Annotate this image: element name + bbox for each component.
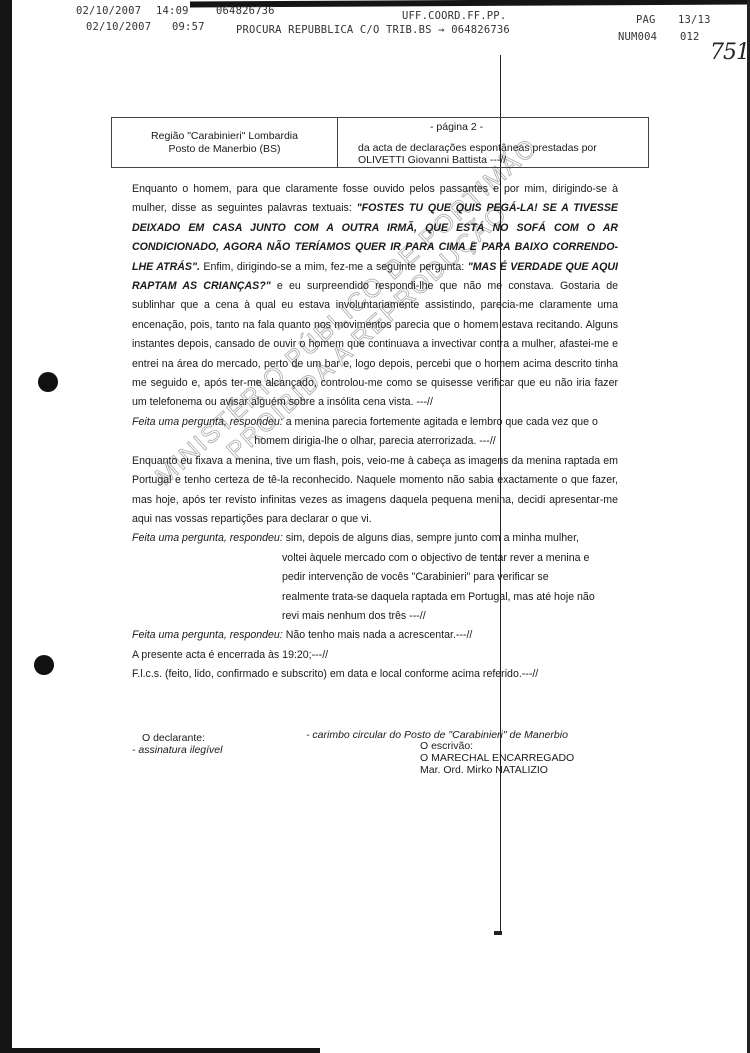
- paragraph-1: Enquanto o homem, para que claramente fo…: [132, 180, 618, 413]
- qa-2: Feita uma pergunta, respondeu: sim, depo…: [132, 529, 618, 548]
- clerk-label: O escrivão:: [420, 740, 574, 752]
- fax-number-1: 064826736: [216, 5, 275, 17]
- document-header-box: Região "Carabinieri" Lombardia Posto de …: [111, 117, 649, 168]
- scan-line-foot: [494, 931, 502, 935]
- fax-route: PROCURA REPUBBLICA C/O TRIB.BS → 0648267…: [236, 24, 510, 36]
- qa-3-label: Feita uma pergunta, respondeu:: [132, 629, 283, 641]
- qa-1-answer-line-1: a menina parecia fortemente agitada e le…: [283, 416, 598, 428]
- scan-edge-bottom: [0, 1048, 320, 1053]
- qa-3-answer: Não tenho mais nada a acrescentar.---//: [283, 629, 473, 641]
- scan-edge-left: [0, 0, 12, 1053]
- fax-page-label: PAG: [636, 14, 656, 26]
- paragraph-1-mid: Enfim, dirigindo-se a mim, fez-me a segu…: [200, 261, 468, 273]
- issuer-post: Posto de Manerbio (BS): [168, 143, 280, 156]
- paragraph-1-tail: e eu surpreendido respondi-lhe que não m…: [132, 280, 618, 408]
- fax-date-2: 02/10/2007: [86, 21, 151, 33]
- qa-2-answer-line-4: realmente trata-se daquela raptada em Po…: [132, 588, 618, 607]
- fax-time-2: 09:57: [172, 21, 205, 33]
- issuer-region: Região "Carabinieri" Lombardia: [151, 130, 298, 143]
- clerk-block: O escrivão: O MARECHAL ENCARREGADO Mar. …: [420, 740, 574, 776]
- punch-hole-bottom: [34, 655, 54, 675]
- declaration-body: Enquanto o homem, para que claramente fo…: [132, 180, 618, 685]
- clerk-title: O MARECHAL ENCARREGADO: [420, 752, 574, 764]
- handwritten-page-number: 751b: [710, 40, 750, 65]
- declarant-block: O declarante: - assinatura ilegível: [142, 732, 222, 756]
- document-description-cell: - página 2 - da acta de declarações espo…: [338, 118, 648, 167]
- qa-1-label: Feita uma pergunta, respondeu:: [132, 416, 283, 428]
- fax-num-value: 012: [680, 31, 700, 43]
- qa-1: Feita uma pergunta, respondeu: a menina …: [132, 413, 618, 432]
- page-label: - página 2 -: [430, 121, 483, 133]
- closing-line-2: F.l.c.s. (feito, lido, confirmado e subs…: [132, 665, 618, 684]
- qa-2-answer-line-5: revi mais nenhum dos três ---//: [132, 607, 618, 626]
- document-description: da acta de declarações espontâneas prest…: [358, 142, 597, 166]
- fax-num-label: NUM004: [618, 31, 657, 43]
- description-line-2: OLIVETTI Giovanni Battista ---//: [358, 154, 597, 166]
- qa-2-answer-line-3: pedir intervenção de vocês "Carabinieri"…: [132, 568, 618, 587]
- qa-3: Feita uma pergunta, respondeu: Não tenho…: [132, 626, 618, 645]
- fax-sender: UFF.COORD.FF.PP.: [402, 10, 506, 22]
- issuer-cell: Região "Carabinieri" Lombardia Posto de …: [112, 118, 338, 167]
- punch-hole-top: [38, 372, 58, 392]
- fax-date-1: 02/10/2007: [76, 5, 141, 17]
- description-line-1: da acta de declarações espontâneas prest…: [358, 142, 597, 154]
- closing-line-1: A presente acta é encerrada às 19:20;---…: [132, 646, 618, 665]
- qa-2-label: Feita uma pergunta, respondeu:: [132, 532, 283, 544]
- fax-time-1: 14:09: [156, 5, 189, 17]
- declarant-label: O declarante:: [142, 732, 222, 744]
- clerk-name: Mar. Ord. Mirko NATALIZIO: [420, 764, 574, 776]
- declarant-signature: - assinatura ilegível: [132, 744, 222, 756]
- qa-2-answer-line-2: voltei àquele mercado com o objectivo de…: [132, 549, 618, 568]
- qa-2-answer-line-1: sim, depois de alguns dias, sempre junto…: [283, 532, 579, 544]
- paragraph-2: Enquanto eu fixava a menina, tive um fla…: [132, 452, 618, 530]
- fax-page-value: 13/13: [678, 14, 711, 26]
- qa-1-answer-line-2: homem dirigia-lhe o olhar, parecia aterr…: [132, 432, 618, 451]
